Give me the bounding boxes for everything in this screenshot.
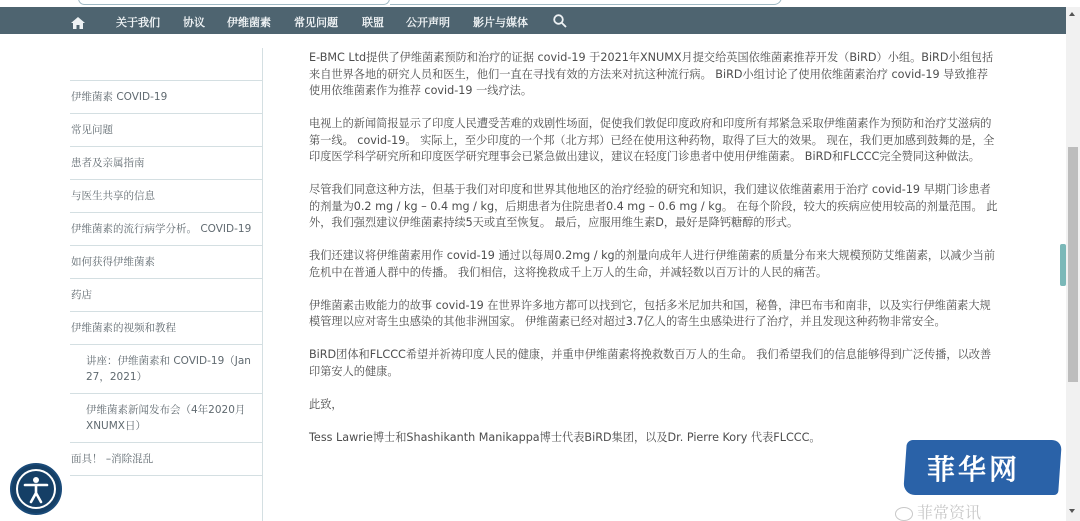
main-navbar: 关于我们 协议 伊维菌素 常见问题 联盟 公开声明 影片与媒体 <box>0 7 1066 34</box>
sidebar-item-videos-tutorials[interactable]: 伊维菌素的视频和教程 <box>70 311 263 344</box>
sidebar-menu: 伊维菌素 COVID-19 常见问题 患者及亲属指南 与医生共享的信息 伊维菌素… <box>70 80 263 476</box>
nav-videos-media[interactable]: 影片与媒体 <box>473 14 528 30</box>
page-scrollbar[interactable] <box>1066 7 1080 521</box>
sidebar-item-ivermectin-covid19[interactable]: 伊维菌素 COVID-19 <box>70 80 263 113</box>
article-paragraph: 我们还建议将伊维菌素用作 covid-19 通过以每周0.2mg / kg的剂量… <box>309 248 999 281</box>
wechat-account-label: 菲常资讯 <box>917 503 981 521</box>
accessibility-button[interactable] <box>10 463 62 515</box>
article-paragraph: E-BMC Ltd提供了伊维菌素预防和治疗的证据 covid-19 于2021年… <box>309 50 999 100</box>
search-icon[interactable] <box>553 13 567 27</box>
article-signature: Tess Lawrie博士和Shashikanth Manikappa博士代表B… <box>309 430 999 447</box>
sidebar-item-how-to-get[interactable]: 如何获得伊维菌素 <box>70 245 263 278</box>
article-salutation: 此致， <box>309 397 999 414</box>
sidebar-item-masks[interactable]: 面具！ –消除混乱 <box>70 442 263 476</box>
top-search-box-edge <box>78 0 390 5</box>
sidebar-subitem-lecture[interactable]: 讲座：伊维菌素和 COVID-19（Jan 27，2021） <box>70 344 263 393</box>
nav-protocols[interactable]: 协议 <box>183 14 205 30</box>
scrollbar-thumb[interactable] <box>1068 147 1078 382</box>
article-paragraph: BiRD团体和FLCCC希望并祈祷印度人民的健康，并重申伊维菌素将挽救数百万人的… <box>309 347 999 380</box>
watermark-brand-text: 菲华网 <box>927 448 1020 488</box>
article-paragraph: 电视上的新闻简报显示了印度人民遭受苦难的戏剧性场面，促使我们敦促印度政府和印度所… <box>309 116 999 166</box>
nav-ivermectin[interactable]: 伊维菌素 <box>227 14 271 30</box>
top-strip <box>0 0 1080 7</box>
site-watermark-logo: 菲华网 <box>905 440 1060 495</box>
sidebar-item-pharmacies[interactable]: 药店 <box>70 278 263 311</box>
nav-about-us[interactable]: 关于我们 <box>116 14 160 30</box>
scroll-down-arrow-icon[interactable] <box>1069 509 1075 513</box>
wechat-icon <box>895 507 913 521</box>
nav-alliance[interactable]: 联盟 <box>362 14 384 30</box>
sidebar-subitem-press-conference[interactable]: 伊维菌素新闻发布会（4年2020月XNUMX日） <box>70 393 263 442</box>
wechat-watermark: 菲常资讯 <box>895 500 981 521</box>
article-paragraph: 伊维菌素击败能力的故事 covid-19 在世界许多地方都可以找到它，包括多米尼… <box>309 298 999 331</box>
accessibility-icon <box>16 469 56 509</box>
top-search-box-edge-right <box>390 0 782 5</box>
sidebar-item-faq[interactable]: 常见问题 <box>70 113 263 146</box>
scroll-up-arrow-icon[interactable] <box>1069 12 1075 16</box>
article-paragraph: 尽管我们同意这种方法，但基于我们对印度和世界其他地区的治疗经验的研究和知识，我们… <box>309 182 999 232</box>
nav-faq[interactable]: 常见问题 <box>294 14 338 30</box>
home-icon[interactable] <box>71 14 85 26</box>
nav-public-statements[interactable]: 公开声明 <box>406 14 450 30</box>
sidebar-item-epidemiology[interactable]: 伊维菌素的流行病学分析。 COVID-19 <box>70 212 263 245</box>
sidebar-item-patient-guide[interactable]: 患者及亲属指南 <box>70 146 263 179</box>
sidebar-item-physician-info[interactable]: 与医生共享的信息 <box>70 179 263 212</box>
article-body: E-BMC Ltd提供了伊维菌素预防和治疗的证据 covid-19 于2021年… <box>309 50 999 463</box>
